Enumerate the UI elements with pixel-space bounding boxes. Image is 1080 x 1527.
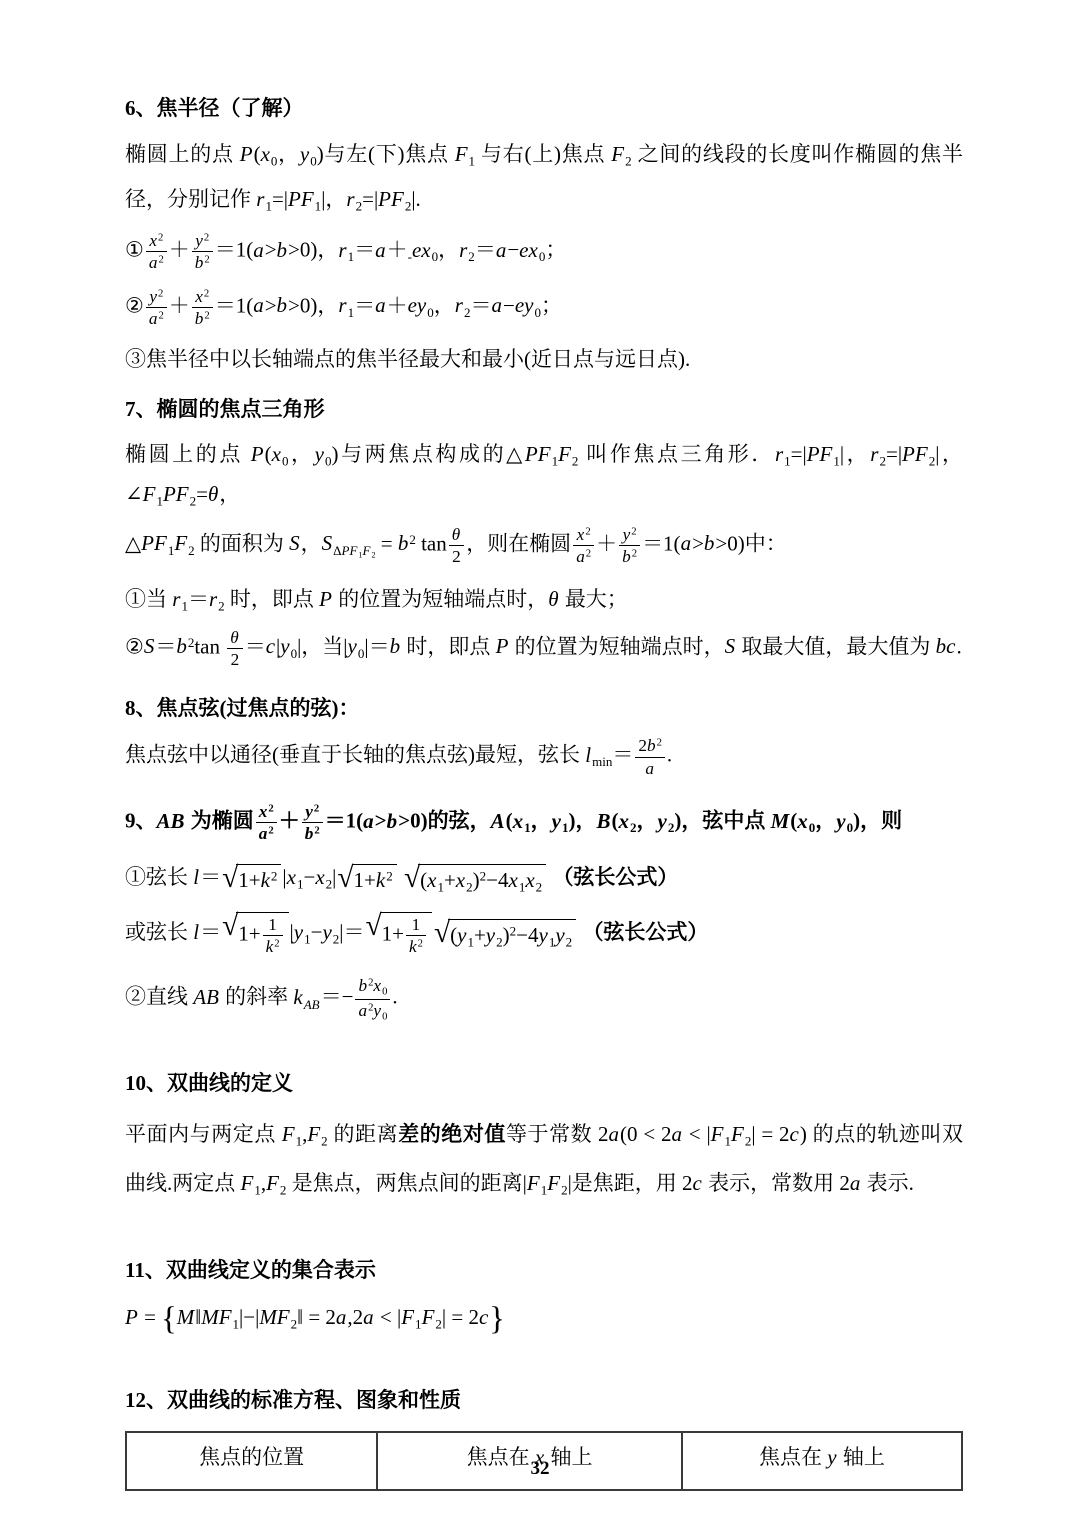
italic-run: a	[671, 1122, 683, 1146]
text-run: < |	[375, 1305, 402, 1329]
text-run: −4	[516, 923, 538, 947]
text-run: ＋	[387, 238, 408, 262]
section-6-heading: 6、焦半径（了解）	[125, 95, 963, 122]
fraction: θ2	[449, 525, 464, 567]
numerator: x2	[573, 525, 594, 546]
focal-chord-formula: 焦点弦中以通径(垂直于长轴的焦点弦)最短，弦长 lmin＝2b2a.	[125, 736, 963, 778]
text-run: 7、椭圆的焦点三角形	[125, 397, 325, 421]
italic-run: x	[456, 868, 466, 892]
text-run	[398, 865, 403, 889]
italic-run: F	[174, 531, 188, 555]
italic-run: y	[348, 634, 358, 658]
italic-run: k	[293, 985, 303, 1009]
italic-run: y	[623, 525, 632, 544]
text-run: 时，即点	[225, 587, 320, 611]
italic-run: P	[125, 1305, 139, 1329]
italic-run: ex	[519, 238, 539, 262]
denominator: a2	[256, 823, 277, 843]
text-run: (0 < 2	[620, 1122, 671, 1146]
superscript: 2	[631, 525, 636, 537]
text-run: |	[282, 865, 286, 889]
text-run: −	[311, 920, 323, 944]
section-8-heading: 8、焦点弦(过焦点的弦)：	[125, 695, 963, 722]
italic-run: bc	[936, 634, 957, 658]
italic-run: PF	[288, 187, 315, 211]
text-run: △	[125, 531, 141, 555]
text-run: 9、	[125, 809, 157, 833]
italic-run: y	[294, 920, 304, 944]
numerator: y2	[619, 525, 640, 546]
italic-run: b	[195, 253, 205, 272]
square-root: √1+k2	[337, 864, 396, 894]
chord-slope-formula: ②直线 AB 的斜率 kAB＝−b2x0a2y0.	[125, 976, 963, 1022]
italic-run: F	[558, 442, 572, 466]
text-run: =|	[272, 187, 288, 211]
italic-run: r	[459, 238, 468, 262]
text-run: ＝1(	[325, 809, 364, 833]
italic-run: S	[289, 531, 301, 555]
text-run: ，	[288, 442, 314, 466]
subscript: ΔPF1F2	[333, 543, 375, 558]
text-run: ，则在椭圆	[466, 531, 571, 555]
numerator: 1	[406, 915, 426, 936]
text-run: 叫作焦点三角形．	[578, 442, 775, 466]
text-run: >0)的弦，	[398, 809, 490, 833]
text-run: |是焦距，用 2	[568, 1171, 693, 1195]
italic-run: x	[797, 809, 809, 833]
italic-run: M	[771, 809, 791, 833]
italic-run: M	[177, 1305, 196, 1329]
italic-run: x	[618, 809, 630, 833]
superscript: 2	[268, 803, 273, 815]
italic-run: y	[195, 231, 204, 250]
text-run: 平面内与两定点	[125, 1122, 282, 1146]
bold-run: 差的绝对值	[398, 1122, 506, 1146]
text-run: 时，即点	[401, 634, 496, 658]
text-run: ，	[277, 142, 300, 166]
superscript: 2	[158, 232, 163, 244]
italic-run: b	[195, 309, 205, 328]
fraction: x2b2	[192, 287, 213, 329]
fraction: 1k2	[406, 915, 426, 957]
text-run: ＋	[279, 809, 300, 833]
italic-run: PF	[525, 442, 552, 466]
italic-run: ex	[412, 238, 432, 262]
subscript: min	[592, 755, 612, 770]
text-run: (	[254, 142, 261, 166]
denominator: b2	[619, 546, 640, 566]
subscript: 2	[536, 879, 543, 894]
italic-run: k	[376, 868, 386, 892]
text-run: ＋	[596, 531, 617, 555]
text-run: .	[956, 634, 961, 658]
fraction: y2b2	[302, 802, 323, 844]
superscript: 2	[586, 548, 591, 560]
italic-run: a	[609, 1122, 621, 1146]
italic-run: AB	[304, 997, 321, 1012]
denominator: b2	[302, 823, 323, 843]
text-run: ＝1(	[215, 238, 254, 262]
italic-run: y	[305, 802, 314, 821]
italic-run: x	[287, 865, 297, 889]
section-7-paragraph: 椭圆上的点 P(x0，y0)与两焦点构成的△PF1F2 叫作焦点三角形．r1=|…	[125, 435, 963, 515]
fraction: θ2	[227, 628, 242, 670]
text-run: 是焦点，两焦点间的距离|	[286, 1171, 526, 1195]
denominator: a2	[573, 546, 594, 566]
numerator: 2b2	[635, 736, 665, 757]
italic-run: ey	[515, 293, 535, 317]
italic-run: k	[261, 868, 271, 892]
italic-run: P	[251, 442, 265, 466]
italic-run: F	[401, 1305, 415, 1329]
italic-run: P	[496, 634, 510, 658]
fraction: y2b2	[192, 231, 213, 273]
italic-run: r	[209, 587, 218, 611]
denominator: a2	[146, 308, 167, 328]
text-run: ②直线	[125, 985, 193, 1009]
text-run: +	[474, 923, 486, 947]
text-run: ＋	[169, 293, 190, 317]
hyperbola-set-notation: P = {M‖MF1|−|MF2‖ = 2a,2a < |F1F2| = 2c}	[125, 1303, 963, 1336]
square-root: √1+k2	[222, 864, 281, 894]
italic-run: F	[527, 1171, 541, 1195]
superscript: 2	[271, 868, 278, 883]
text-run: >0)，	[288, 293, 338, 317]
text-run: ①当	[125, 587, 172, 611]
fraction: x2a2	[573, 525, 594, 567]
italic-run: a	[681, 531, 693, 555]
italic-run: P	[240, 142, 254, 166]
numerator: x2	[256, 802, 277, 823]
denominator: a	[635, 758, 665, 778]
text-run: 的斜率	[220, 985, 294, 1009]
numerator: y2	[146, 287, 167, 308]
text-run: ①	[125, 238, 144, 262]
chord-length-formula-2: 或弦长 l＝√1+1k2|y1−y2|＝√1+1k2√(y1+y2)2−4y1y…	[125, 912, 963, 957]
document-body: 6、焦半径（了解）椭圆上的点 P(x0，y0)与左(下)焦点 F1 与右(上)焦…	[125, 95, 963, 1491]
italic-run: a	[496, 238, 508, 262]
denominator: b2	[192, 308, 213, 328]
superscript: 2	[585, 525, 590, 537]
fraction: b2x0a2y0	[355, 976, 390, 1022]
italic-run: θ	[548, 587, 559, 611]
text-run: ，	[531, 809, 552, 833]
section-11-heading: 11、双曲线定义的集合表示	[125, 1257, 963, 1284]
text-run: ；	[541, 293, 562, 317]
italic-run: a	[363, 809, 375, 833]
text-run: ＝	[245, 634, 266, 658]
text-run: >0)中：	[715, 531, 786, 555]
italic-run: a	[645, 759, 655, 778]
italic-run: b	[390, 634, 402, 658]
text-run: 2	[638, 736, 647, 755]
text-run: 11、双曲线定义的集合表示	[125, 1258, 376, 1282]
text-run: ③焦半径中以长轴端点的焦半径最大和最小(近日点与远日点).	[125, 347, 690, 371]
text-run: ②	[125, 293, 144, 317]
italic-run: P	[319, 587, 333, 611]
italic-run: a	[149, 309, 159, 328]
italic-run: y	[486, 923, 496, 947]
text-run: =|	[791, 442, 807, 466]
text-run: ＋	[387, 293, 408, 317]
text-run: )与左(下)焦点	[317, 142, 455, 166]
subscript: 1	[156, 493, 163, 508]
focal-radius-note-3: ③焦半径中以长轴端点的焦半径最大和最小(近日点与远日点).	[125, 346, 963, 373]
text-run: < |	[683, 1122, 711, 1146]
text-run: 椭圆上的点	[125, 142, 240, 166]
subscript: 0	[382, 1011, 387, 1023]
text-run: ，	[219, 482, 240, 506]
text-run: 1+	[382, 921, 404, 945]
italic-run: ey	[408, 293, 428, 317]
text-run: )	[473, 868, 480, 892]
superscript: 2	[204, 310, 209, 322]
italic-run: c	[479, 1305, 489, 1329]
text-run: ①弦长	[125, 865, 193, 889]
italic-run: x	[373, 976, 382, 995]
italic-run: F	[547, 1171, 561, 1195]
denominator: a2	[146, 252, 167, 272]
text-run: 1	[268, 915, 277, 934]
section-10-heading: 10、双曲线的定义	[125, 1070, 963, 1097]
italic-run: b	[305, 824, 315, 843]
italic-run: x	[513, 809, 525, 833]
radicand: (x1+x2)2−4x1x2	[418, 864, 546, 894]
text-run: =|	[886, 442, 902, 466]
section-6-paragraph: 椭圆上的点 P(x0，y0)与左(下)焦点 F1 与右(上)焦点 F2 之间的线…	[125, 132, 963, 222]
italic-run: x	[272, 442, 282, 466]
text-run: =	[139, 1305, 161, 1329]
italic-run: F	[266, 1171, 280, 1195]
text-run: )，则	[853, 809, 902, 833]
italic-run: PF	[807, 442, 834, 466]
italic-run: y	[315, 442, 325, 466]
text-run: |＝	[364, 634, 389, 658]
square-root: √(x1+x2)2−4x1x2	[404, 864, 546, 894]
text-run: ＝	[200, 920, 221, 944]
text-run: (	[506, 809, 513, 833]
italic-run: c	[693, 1171, 703, 1195]
fraction: x2a2	[256, 802, 277, 844]
italic-run: AB	[193, 985, 220, 1009]
italic-run: F	[611, 142, 625, 166]
text-run: tan	[194, 634, 225, 658]
italic-run: y	[373, 1001, 382, 1020]
radicand: 1+1k2	[380, 912, 432, 957]
text-run: | = 2	[751, 1122, 789, 1146]
italic-run: a	[491, 293, 503, 317]
text-run: |−|	[239, 1305, 259, 1329]
italic-run: y	[322, 920, 332, 944]
text-run: |，	[840, 442, 870, 466]
italic-run: F	[711, 1122, 725, 1146]
italic-run: y	[457, 923, 467, 947]
text-run: 12、双曲线的标准方程、图象和性质	[125, 1388, 461, 1412]
text-run: +	[444, 868, 456, 892]
subscript: AB	[304, 997, 321, 1012]
italic-run: r	[455, 293, 464, 317]
italic-run: c	[790, 1122, 800, 1146]
text-run: ，	[636, 809, 657, 833]
superscript: 2	[274, 938, 279, 950]
superscript: 2	[314, 803, 319, 815]
text-run: 8、焦点弦(过焦点的弦)：	[125, 696, 360, 720]
superscript: 2	[204, 287, 209, 299]
text-run: |＝	[339, 920, 364, 944]
text-run: =	[196, 482, 208, 506]
italic-run: y	[836, 809, 846, 833]
text-run: ＝	[188, 587, 209, 611]
italic-run: x	[525, 868, 535, 892]
italic-run: b	[622, 547, 632, 566]
italic-run: PF	[163, 482, 190, 506]
text-run: )与两焦点构成的△	[331, 442, 524, 466]
text-run: ②	[125, 634, 144, 658]
document-page: 6、焦半径（了解）椭圆上的点 P(x0，y0)与左(下)焦点 F1 与右(上)焦…	[0, 0, 1080, 1527]
superscript: 2	[632, 548, 637, 560]
text-run: −	[503, 293, 515, 317]
numerator: θ	[227, 628, 242, 649]
denominator: b2	[192, 252, 213, 272]
text-run: 的面积为	[195, 531, 290, 555]
italic-run: F	[422, 1305, 436, 1329]
italic-run: y	[149, 287, 158, 306]
text-run: 等于常数 2	[506, 1122, 609, 1146]
italic-run: A	[491, 809, 506, 833]
text-run: )	[503, 923, 510, 947]
italic-run: y	[300, 142, 310, 166]
section-10-paragraph: 平面内与两定点 F1,F2 的距离差的绝对值等于常数 2a(0 < 2a < |…	[125, 1110, 963, 1210]
text-run: ＝	[475, 238, 496, 262]
fraction: y2a2	[146, 287, 167, 329]
text-run: 为椭圆	[186, 809, 254, 833]
italic-run: b	[358, 976, 368, 995]
italic-run: a	[576, 547, 586, 566]
italic-run: a	[358, 1001, 368, 1020]
numerator: b2x0	[355, 976, 390, 999]
italic-run: F	[455, 142, 469, 166]
italic-run: a	[149, 253, 159, 272]
superscript: 2	[386, 868, 393, 883]
italic-run: MF	[201, 1305, 232, 1329]
italic-run: θ	[208, 482, 219, 506]
text-run: −	[507, 238, 519, 262]
superscript: 2	[158, 310, 163, 322]
text-run: ＝	[470, 293, 491, 317]
italic-run: x	[259, 802, 269, 821]
italic-run: θ	[230, 628, 239, 647]
italic-run: a	[259, 824, 269, 843]
triangle-note-1: ①当 r1＝r2 时，即点 P 的位置为短轴端点时，θ 最大；	[125, 586, 963, 613]
italic-run: r	[338, 238, 347, 262]
italic-run: x	[315, 865, 325, 889]
italic-run: r	[346, 187, 355, 211]
italic-run: a	[336, 1305, 348, 1329]
superscript: 2	[158, 287, 163, 299]
square-root: √1+1k2	[366, 912, 432, 957]
italic-run: b	[398, 531, 410, 555]
text-run: 最大；	[560, 587, 628, 611]
triangle-area-formula: △PF1F2 的面积为 S，SΔPF1F2 = b2 tanθ2，则在椭圆x2a…	[125, 525, 963, 567]
text-run: 表示，常数用 2	[703, 1171, 850, 1195]
radicand: 1+k2	[236, 864, 281, 894]
italic-run: PF	[342, 543, 359, 558]
text-run: 表示.	[861, 1171, 914, 1195]
italic-run: c	[266, 634, 276, 658]
text-run: −4	[486, 868, 508, 892]
italic-run: r	[338, 293, 347, 317]
italic-run: b	[704, 531, 716, 555]
big-brace: }	[489, 1301, 505, 1337]
superscript: 2	[418, 938, 423, 950]
italic-run: a	[850, 1171, 862, 1195]
text-run: 椭圆上的点	[125, 442, 251, 466]
italic-run: a	[253, 293, 265, 317]
text-run: |	[332, 865, 336, 889]
italic-run: B	[596, 809, 611, 833]
text-run: 或弦长	[125, 920, 193, 944]
italic-run: x	[149, 231, 158, 250]
superscript: 2	[657, 737, 662, 749]
numerator: θ	[449, 525, 464, 546]
superscript: 2	[204, 254, 209, 266]
text-run: )，	[568, 809, 596, 833]
chord-length-formula-1: ①弦长 l＝√1+k2|x1−x2|√1+k2 √(x1+x2)2−4x1x2 …	[125, 864, 963, 894]
superscript: 2	[158, 254, 163, 266]
section-12-heading: 12、双曲线的标准方程、图象和性质	[125, 1387, 963, 1414]
subscript: 1	[415, 1316, 422, 1331]
italic-run: F	[731, 1122, 745, 1146]
text-run: ，	[434, 293, 455, 317]
italic-run: PF	[378, 187, 405, 211]
bold-run: （弦长公式）	[577, 920, 708, 944]
italic-run: b	[277, 293, 289, 317]
text-run: | = 2	[442, 1305, 479, 1329]
radicand: 1+k2	[352, 864, 397, 894]
text-run: 取最大值，最大值为	[736, 634, 936, 658]
italic-run: S	[322, 531, 334, 555]
text-run: ＝−	[321, 985, 354, 1009]
focal-radius-formula-1: ①x2a2＋y2b2＝1(a>b>0)，r1＝a＋-ex0，r2＝a−ex0；	[125, 231, 963, 273]
italic-run: x	[427, 868, 437, 892]
italic-run: PF	[141, 531, 168, 555]
text-run: 1	[412, 915, 421, 934]
text-run: 2	[231, 650, 240, 669]
text-run: 的位置为短轴端点时，	[333, 587, 548, 611]
text-run: ＋	[169, 238, 190, 262]
italic-run: y	[280, 634, 290, 658]
text-run: =|	[362, 187, 378, 211]
big-brace: {	[161, 1301, 177, 1337]
italic-run: S	[725, 634, 737, 658]
text-run: 6、焦半径（了解）	[125, 96, 304, 120]
text-run: .	[667, 743, 672, 767]
italic-run: x	[195, 287, 204, 306]
text-run: tan	[416, 531, 447, 555]
italic-run: PF	[902, 442, 929, 466]
section-9-heading: 9、AB 为椭圆x2a2＋y2b2＝1(a>b>0)的弦，A(x1，y1)，B(…	[125, 802, 963, 844]
italic-run: MF	[259, 1305, 290, 1329]
text-run: >	[375, 809, 387, 833]
denominator: k2	[406, 936, 426, 956]
italic-run: k	[409, 937, 418, 956]
text-run: ＝	[612, 743, 633, 767]
text-run: 焦点弦中以通径(垂直于长轴的焦点弦)最短，弦长	[125, 743, 585, 767]
superscript: 2	[268, 825, 273, 837]
numerator: x2	[192, 287, 213, 308]
text-run: Δ	[333, 543, 341, 558]
bold-run: （弦长公式）	[547, 865, 678, 889]
